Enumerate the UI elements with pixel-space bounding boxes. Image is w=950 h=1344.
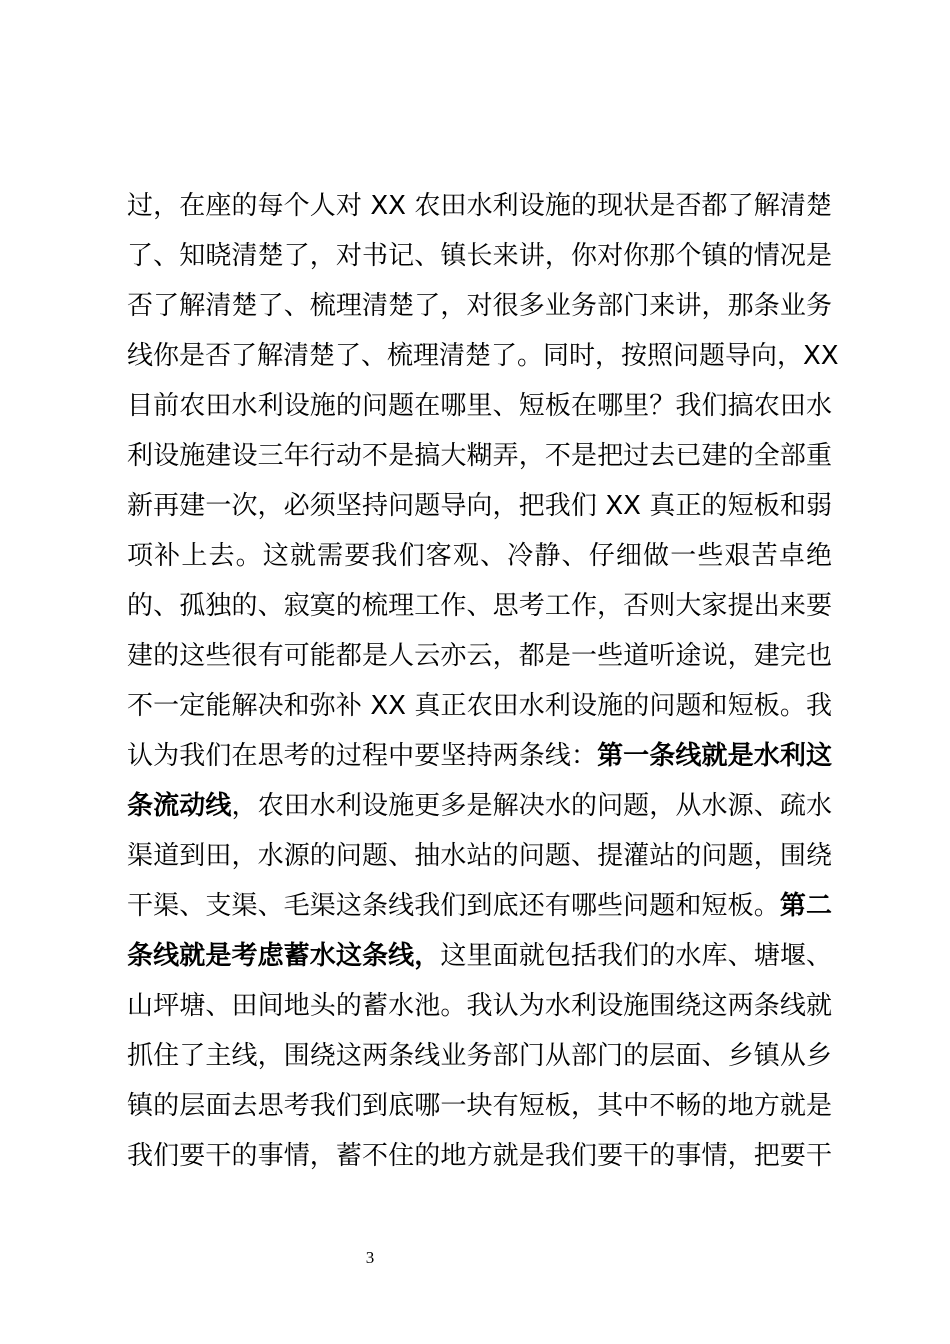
bold-heading-second-line: 第二: [780, 891, 832, 921]
text-line: 山坪塘、田间地头的蓄水池。我认为水利设施围绕这两条线就: [127, 981, 832, 1031]
text-segment: 目前农田水利设施的问题在哪里、短板在哪里？我们搞农田水: [127, 391, 832, 421]
text-segment: 线你是否了解清楚了、梳理清楚了。同时，按照问题导向，XX: [127, 341, 839, 371]
text-segment: 镇的层面去思考我们到底哪一块有短板，其中不畅的地方就是: [127, 1091, 832, 1121]
text-segment: 渠道到田，水源的问题、抽水站的问题、提灌站的问题，围绕: [127, 841, 832, 871]
text-line: 利设施建设三年行动不是搞大糊弄，不是把过去已建的全部重: [127, 431, 832, 481]
text-segment: 了、知晓清楚了，对书记、镇长来讲，你对你那个镇的情况是: [127, 241, 832, 271]
text-line: 项补上去。这就需要我们客观、冷静、仔细做一些艰苦卓绝: [127, 531, 832, 581]
text-line: 认为我们在思考的过程中要坚持两条线：第一条线就是水利这: [127, 731, 832, 781]
text-segment: 过，在座的每个人对 XX 农田水利设施的现状是否都了解清楚: [127, 191, 832, 221]
text-line: 抓住了主线，围绕这两条线业务部门从部门的层面、乡镇从乡: [127, 1031, 832, 1081]
text-segment: 抓住了主线，围绕这两条线业务部门从部门的层面、乡镇从乡: [127, 1041, 832, 1071]
bold-heading-second-line: 条线就是考虑蓄水这条线，: [127, 941, 440, 971]
text-line: 过，在座的每个人对 XX 农田水利设施的现状是否都了解清楚: [127, 181, 832, 231]
text-line: 目前农田水利设施的问题在哪里、短板在哪里？我们搞农田水: [127, 381, 832, 431]
text-line: 条流动线，农田水利设施更多是解决水的问题，从水源、疏水: [127, 781, 832, 831]
text-segment: 山坪塘、田间地头的蓄水池。我认为水利设施围绕这两条线就: [127, 991, 832, 1021]
text-segment: 新再建一次，必须坚持问题导向，把我们 XX 真正的短板和弱: [127, 491, 832, 521]
text-line: 不一定能解决和弥补 XX 真正农田水利设施的问题和短板。我: [127, 681, 832, 731]
text-line: 否了解清楚了、梳理清楚了，对很多业务部门来讲，那条业务: [127, 281, 832, 331]
text-line: 渠道到田，水源的问题、抽水站的问题、提灌站的问题，围绕: [127, 831, 832, 881]
document-page: 过，在座的每个人对 XX 农田水利设施的现状是否都了解清楚 了、知晓清楚了，对书…: [0, 0, 950, 1344]
text-segment: ，农田水利设施更多是解决水的问题，从水源、疏水: [231, 791, 832, 821]
text-line: 的、孤独的、寂寞的梳理工作、思考工作，否则大家提出来要: [127, 581, 832, 631]
bold-heading-first-line: 第一条线就是水利这: [597, 741, 832, 771]
body-paragraph: 过，在座的每个人对 XX 农田水利设施的现状是否都了解清楚 了、知晓清楚了，对书…: [127, 181, 832, 1181]
text-segment: 利设施建设三年行动不是搞大糊弄，不是把过去已建的全部重: [127, 441, 832, 471]
text-segment: 建的这些很有可能都是人云亦云，都是一些道听途说，建完也: [127, 641, 832, 671]
text-segment: 否了解清楚了、梳理清楚了，对很多业务部门来讲，那条业务: [127, 291, 832, 321]
bold-heading-first-line: 条流动线: [127, 791, 231, 821]
page-number: 3: [0, 1248, 740, 1268]
text-segment: 不一定能解决和弥补 XX 真正农田水利设施的问题和短板。我: [127, 691, 832, 721]
text-line: 了、知晓清楚了，对书记、镇长来讲，你对你那个镇的情况是: [127, 231, 832, 281]
text-line: 建的这些很有可能都是人云亦云，都是一些道听途说，建完也: [127, 631, 832, 681]
text-line: 镇的层面去思考我们到底哪一块有短板，其中不畅的地方就是: [127, 1081, 832, 1131]
text-segment: 认为我们在思考的过程中要坚持两条线：: [127, 741, 597, 771]
text-line: 条线就是考虑蓄水这条线，这里面就包括我们的水库、塘堰、: [127, 931, 832, 981]
text-segment: 项补上去。这就需要我们客观、冷静、仔细做一些艰苦卓绝: [127, 541, 832, 571]
text-line: 我们要干的事情，蓄不住的地方就是我们要干的事情，把要干: [127, 1131, 832, 1181]
text-line: 新再建一次，必须坚持问题导向，把我们 XX 真正的短板和弱: [127, 481, 832, 531]
text-segment: 我们要干的事情，蓄不住的地方就是我们要干的事情，把要干: [127, 1141, 832, 1171]
text-segment: 干渠、支渠、毛渠这条线我们到底还有哪些问题和短板。: [127, 891, 780, 921]
text-segment: 这里面就包括我们的水库、塘堰、: [440, 941, 832, 971]
text-line: 干渠、支渠、毛渠这条线我们到底还有哪些问题和短板。第二: [127, 881, 832, 931]
text-line: 线你是否了解清楚了、梳理清楚了。同时，按照问题导向，XX: [127, 331, 832, 381]
text-segment: 的、孤独的、寂寞的梳理工作、思考工作，否则大家提出来要: [127, 591, 832, 621]
